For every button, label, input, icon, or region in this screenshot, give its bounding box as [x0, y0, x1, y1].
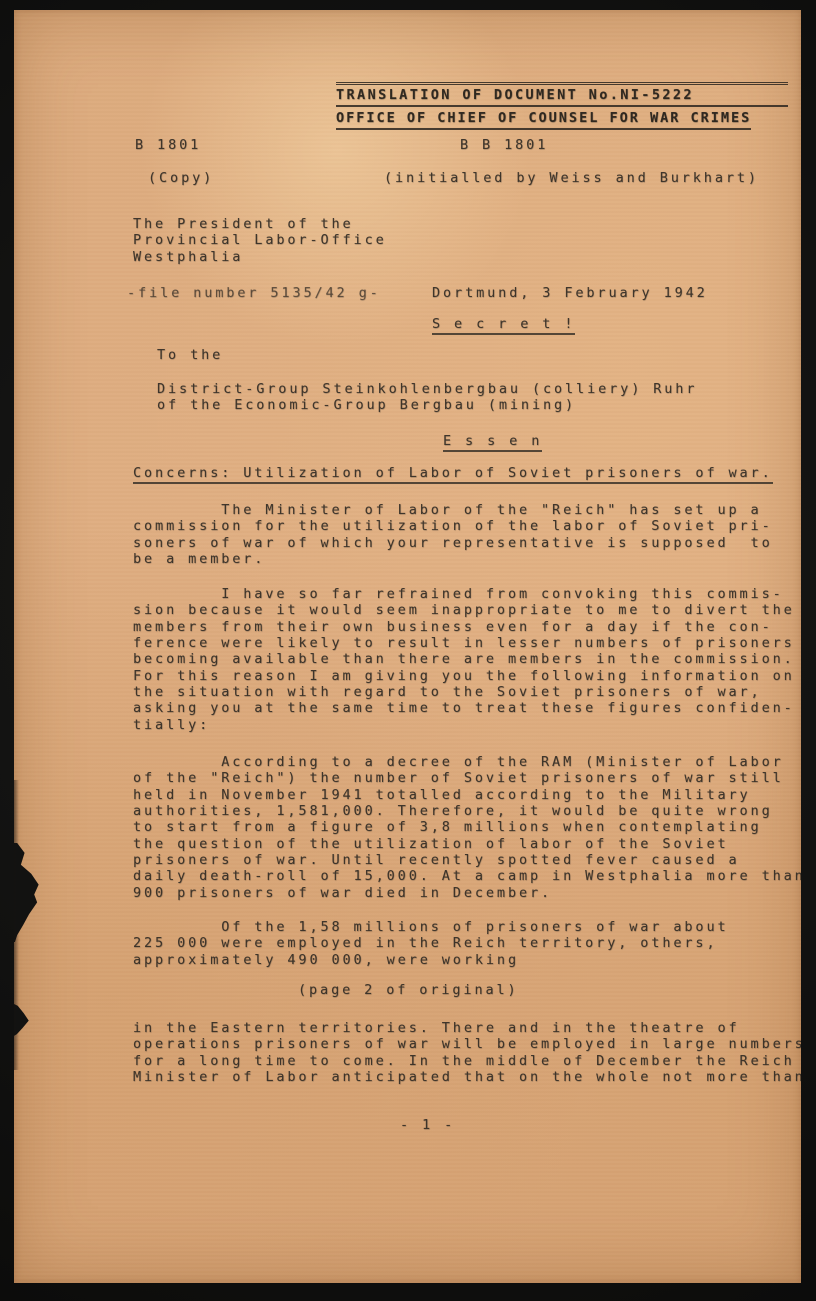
paper-tear-large — [14, 843, 49, 942]
page-2-note: (page 2 of original) — [298, 982, 519, 998]
paper-page: TRANSLATION OF DOCUMENT No.NI-5222 OFFIC… — [14, 10, 801, 1283]
subject-line: Concerns: Utilization of Labor of Soviet… — [133, 465, 773, 484]
body-paragraph-2: I have so far refrained from convoking t… — [133, 586, 795, 733]
document-code-left: B 1801 — [135, 137, 201, 153]
body-paragraph-3: According to a decree of the RAM (Minist… — [133, 754, 801, 901]
recipient-address: District-Group Steinkohlenbergbau (colli… — [157, 381, 697, 414]
body-paragraph-4: Of the 1,58 millions of prisoners of war… — [133, 919, 729, 968]
recipient-salutation: To the — [157, 347, 223, 363]
document-code-right: B B 1801 — [460, 137, 548, 153]
initials-note: (initialled by Weiss and Burkhart) — [384, 170, 759, 186]
dateline: Dortmund, 3 February 1942 — [432, 285, 708, 301]
stamp-line-2: OFFICE OF CHIEF OF COUNSEL FOR WAR CRIME… — [336, 110, 751, 130]
secret-classification: S e c r e t ! — [432, 316, 575, 335]
paper-edge-shading — [14, 780, 19, 1070]
body-paragraph-1: The Minister of Labor of the "Reich" has… — [133, 502, 773, 567]
body-paragraph-5: in the Eastern territories. There and in… — [133, 1020, 801, 1085]
recipient-city: E s s e n — [443, 433, 542, 452]
copy-note: (Copy) — [148, 170, 214, 186]
file-number: -file number 5135/42 g- — [127, 285, 381, 301]
translation-stamp: TRANSLATION OF DOCUMENT No.NI-5222 OFFIC… — [336, 82, 788, 130]
page-number: - 1 - — [400, 1117, 455, 1133]
sender-address: The President of the Provincial Labor-Of… — [133, 216, 387, 265]
stamp-line-1: TRANSLATION OF DOCUMENT No.NI-5222 — [336, 87, 788, 107]
